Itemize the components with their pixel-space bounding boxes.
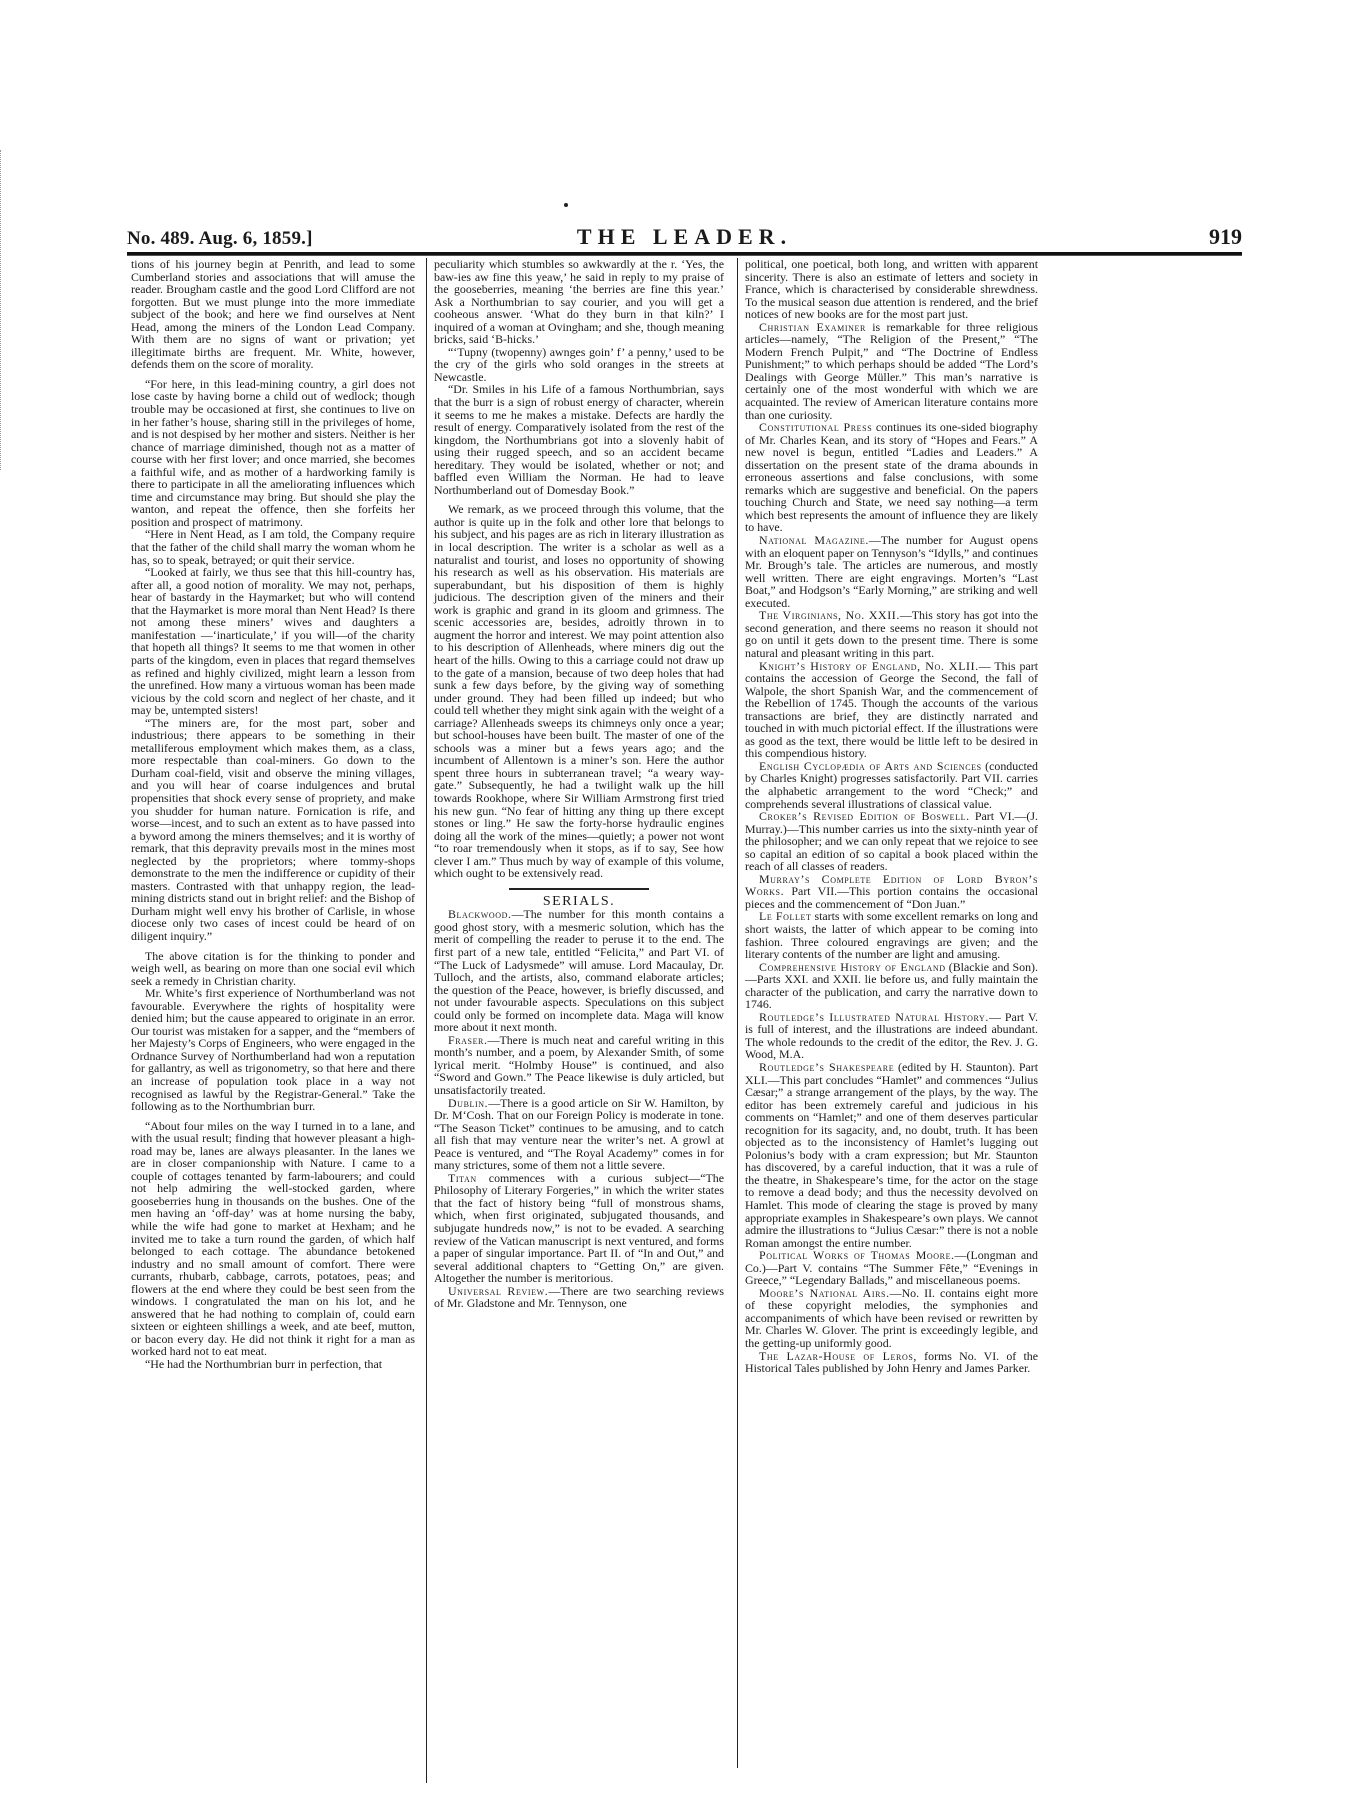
section-rule (509, 888, 649, 890)
entry-text: —The number for this month contains a go… (434, 907, 724, 1034)
paragraph: “Dr. Smiles in his Life of a famous Nort… (434, 383, 724, 496)
review-entry: Universal Review.—There are two searchin… (434, 1285, 724, 1310)
review-entry: Moore’s National Airs.—No. II. contains … (745, 1287, 1038, 1350)
page-number: 919 (1209, 224, 1242, 250)
review-entry: Comprehensive History of England (Blacki… (745, 961, 1038, 1011)
masthead-rule (127, 252, 1242, 256)
newspaper-page: No. 489. Aug. 6, 1859.] THE LEADER. 919 … (0, 0, 1351, 1801)
review-entry: Knight’s History of England, No. XLII.— … (745, 660, 1038, 760)
entry-text: is remarkable for three religious articl… (745, 320, 1038, 422)
binding-edge (0, 150, 7, 470)
masthead: No. 489. Aug. 6, 1859.] THE LEADER. 919 (127, 222, 1242, 252)
entry-text: (edited by H. Staunton). Part XLI.—This … (745, 1060, 1038, 1250)
paragraph: “Looked at fairly, we thus see that this… (131, 566, 415, 717)
review-entry: Dublin.—There is a good article on Sir W… (434, 1097, 724, 1172)
review-entry: Routledge’s Shakespeare (edited by H. St… (745, 1061, 1038, 1249)
review-entry: The Virginians, No. XXII.—This story has… (745, 609, 1038, 659)
entry-text: political, one poetical, both long, and … (745, 257, 1038, 321)
review-entry: Le Follet starts with some excellent rem… (745, 910, 1038, 960)
review-entry: Croker’s Revised Edition of Boswell. Par… (745, 810, 1038, 873)
paragraph: The above citation is for the thinking t… (131, 950, 415, 988)
review-entry: The Lazar-House of Leros, forms No. VI. … (745, 1350, 1038, 1375)
review-entry: Political Works of Thomas Moore.—(Longma… (745, 1249, 1038, 1287)
column-3: political, one poetical, both long, and … (745, 258, 1038, 1375)
entry-text: commences with a curious subject—“The Ph… (434, 1171, 724, 1285)
review-entry: Constitutional Press continues its one-s… (745, 421, 1038, 534)
review-entry: English Cyclopædia of Arts and Sciences … (745, 760, 1038, 810)
column-divider (737, 258, 738, 1768)
entry-text: continues its one-sided biography of Mr.… (745, 420, 1038, 534)
paragraph: “‘Tupny (twopenny) awnges goin’ f’ a pen… (434, 346, 724, 384)
review-entry: National Magazine.—The number for August… (745, 534, 1038, 609)
column-1: tions of his journey begin at Penrith, a… (131, 258, 415, 1371)
serials-list: Blackwood.—The number for this month con… (434, 908, 724, 1310)
ink-speck (564, 203, 568, 207)
paragraph: Mr. White’s first experience of Northumb… (131, 987, 415, 1112)
column-2-article: peculiarity which stumbles so awkwardly … (434, 258, 724, 880)
column-divider (426, 258, 427, 1783)
entry-text: — This part contains the accession of Ge… (745, 659, 1038, 761)
paragraph: “Here in Nent Head, as I am told, the Co… (131, 528, 415, 566)
column-2: peculiarity which stumbles so awkwardly … (434, 258, 724, 1310)
review-entry: Titan commences with a curious subject—“… (434, 1172, 724, 1285)
review-entry: Christian Examiner is remarkable for thr… (745, 321, 1038, 421)
paragraph: “About four miles on the way I turned in… (131, 1120, 415, 1358)
entry-text: Part VII.—This portion contains the occa… (745, 884, 1038, 911)
review-entry: Fraser.—There is much neat and careful w… (434, 1034, 724, 1097)
review-entry: Murray’s Complete Edition of Lord Byron’… (745, 873, 1038, 911)
paragraph: “The miners are, for the most part, sobe… (131, 717, 415, 943)
paragraph: tions of his journey begin at Penrith, a… (131, 258, 415, 371)
paragraph: peculiarity which stumbles so awkwardly … (434, 258, 724, 346)
review-entry: Routledge’s Illustrated Natural History.… (745, 1011, 1038, 1061)
newspaper-title: THE LEADER. (127, 224, 1242, 250)
review-entry: Blackwood.—The number for this month con… (434, 908, 724, 1033)
paragraph: We remark, as we proceed through this vo… (434, 503, 724, 879)
paragraph: “For here, in this lead-mining country, … (131, 378, 415, 529)
paragraph: “He had the Northumbrian burr in perfect… (131, 1358, 415, 1371)
review-entry: political, one poetical, both long, and … (745, 258, 1038, 321)
